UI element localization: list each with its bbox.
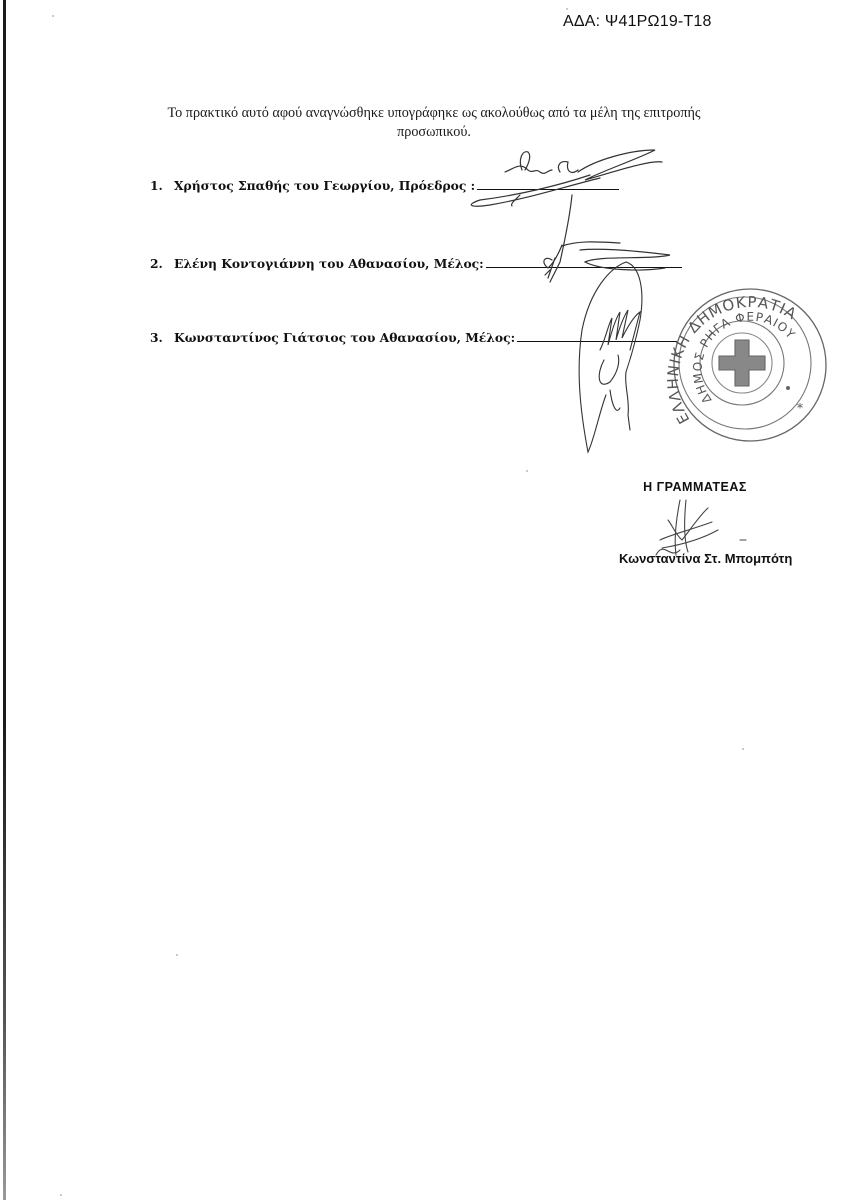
stamp-inner-text: ΔΗΜΟΣ ΡΗΓΑ ΦΕΡΑΙΟΥ [691,310,799,406]
signature-line [517,340,677,342]
svg-text:ΔΗΜΟΣ ΡΗΓΑ ΦΕΡΑΙΟΥ: ΔΗΜΟΣ ΡΗΓΑ ΦΕΡΑΙΟΥ [691,310,799,406]
member-number: 2. [150,256,174,271]
scan-speck [52,15,54,17]
scan-speck [742,748,744,750]
signature-3 [579,262,642,452]
secretary-title: Η ΓΡΑΜΜΑΤΕΑΣ [625,480,765,494]
member-row-2: 2. Ελένη Κοντογιάννη του Αθανασίου, Μέλο… [150,256,682,271]
member-label: Κωνσταντίνος Γιάτσιος του Αθανασίου, Μέλ… [174,330,515,345]
member-number: 1. [150,178,174,193]
signature-line [486,266,682,268]
signature-line [477,188,619,190]
ada-code: ΑΔΑ: Ψ41ΡΩ19-Τ18 [563,13,712,31]
member-row-3: 3. Κωνσταντίνος Γιάτσιος του Αθανασίου, … [150,330,677,345]
scan-speck [176,954,178,956]
municipal-stamp: ΕΛΛΗΝΙΚΗ ΔΗΜΟΚΡΑΤΙΑ ΔΗΜΟΣ ΡΗΓΑ ΦΕΡΑΙΟΥ * [664,289,826,441]
secretary-signature [656,500,746,555]
member-label: Χρήστος Σπαθής του Γεωργίου, Πρόεδρος : [174,178,475,193]
svg-text:ΕΛΛΗΝΙΚΗ ΔΗΜΟΚΡΑΤΙΑ: ΕΛΛΗΝΙΚΗ ΔΗΜΟΚΡΑΤΙΑ [664,293,800,427]
member-label: Ελένη Κοντογιάννη του Αθανασίου, Μέλος: [174,256,484,271]
member-number: 3. [150,330,174,345]
secretary-name: Κωνσταντίνα Στ. Μπομπότη [619,551,792,566]
intro-paragraph: Το πρακτικό αυτό αφού αναγνώσθηκε υπογρά… [140,104,728,142]
scan-border [3,0,6,1200]
stamp-outer-text: ΕΛΛΗΝΙΚΗ ΔΗΜΟΚΡΑΤΙΑ [664,293,800,427]
scan-speck [60,1194,62,1196]
svg-text:*: * [797,401,803,415]
scan-speck [566,8,568,10]
scan-speck [526,470,528,472]
member-row-1: 1. Χρήστος Σπαθής του Γεωργίου, Πρόεδρος… [150,178,619,193]
